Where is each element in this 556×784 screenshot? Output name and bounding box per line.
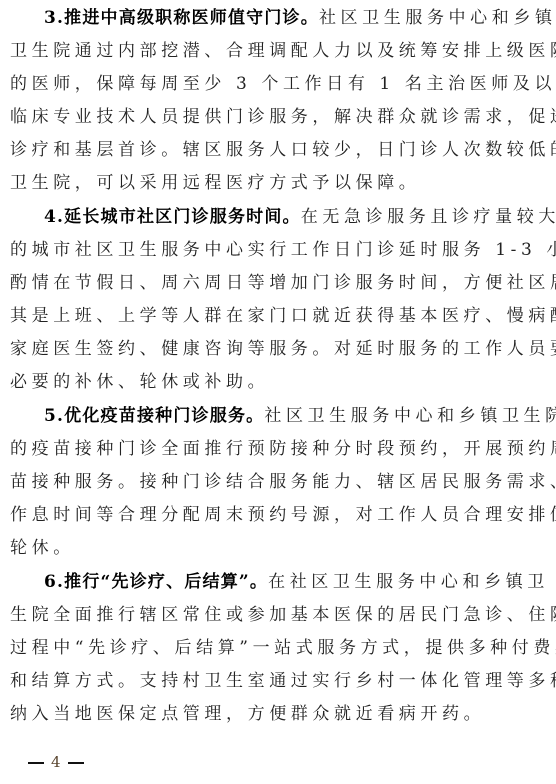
section-5-line-5: 轮休。 (10, 532, 474, 565)
section-6-line-4: 和结算方式。支持村卫生室通过实行乡村一体化管理等多种方式 (10, 665, 474, 698)
section-6-text: 在社区卫生服务中心和乡镇卫 (268, 572, 549, 592)
section-3-heading: 3.推进中高级职称医师值守门诊。 (44, 8, 319, 28)
section-3-line-5: 诊疗和基层首诊。辖区服务人口较少，日门诊人次数较低的乡镇 (10, 134, 474, 167)
section-4-line-3: 酌情在节假日、周六周日等增加门诊服务时间，方便社区居民尤 (10, 267, 474, 300)
section-3-line-6: 卫生院，可以采用远程医疗方式予以保障。 (10, 167, 474, 200)
section-4-heading: 4.延长城市社区门诊服务时间。 (44, 207, 301, 227)
section-6-heading: 6.推行“先诊疗、后结算”。 (44, 572, 268, 592)
section-5-line-3: 苗接种服务。接种门诊结合服务能力、辖区居民服务需求、日常 (10, 466, 474, 499)
page-number-footer: 4 (28, 752, 84, 772)
section-6-line-5: 纳入当地医保定点管理，方便群众就近看病开药。 (10, 698, 474, 731)
section-5-heading: 5.优化疫苗接种门诊服务。 (44, 406, 264, 426)
section-5-line-2: 的疫苗接种门诊全面推行预防接种分时段预约，开展预约周末疫 (10, 433, 474, 466)
section-4-line-2: 的城市社区卫生服务中心实行工作日门诊延时服务 1-3 小时，或 (10, 234, 474, 267)
section-4-text: 在无急诊服务且诊疗量较大 (301, 207, 556, 227)
section-5-text: 社区卫生服务中心和乡镇卫生院 (264, 406, 556, 426)
document-page: 3.推进中高级职称医师值守门诊。社区卫生服务中心和乡镇 卫生院通过内部挖潜、合理… (0, 0, 556, 784)
page-number: 4 (51, 752, 61, 772)
section-4-line-5: 家庭医生签约、健康咨询等服务。对延时服务的工作人员要给予 (10, 333, 474, 366)
dash-right-icon (68, 762, 84, 764)
dash-left-icon (28, 762, 44, 764)
section-6-line-2: 生院全面推行辖区常住或参加基本医保的居民门急诊、住院就医 (10, 599, 474, 632)
section-3-line-4: 临床专业技术人员提供门诊服务，解决群众就诊需求，促进分级 (10, 101, 474, 134)
section-3-line-1: 3.推进中高级职称医师值守门诊。社区卫生服务中心和乡镇 (44, 2, 474, 35)
section-6-line-1: 6.推行“先诊疗、后结算”。在社区卫生服务中心和乡镇卫 (44, 566, 474, 599)
section-5-line-1: 5.优化疫苗接种门诊服务。社区卫生服务中心和乡镇卫生院 (44, 400, 474, 433)
section-6-line-3: 过程中“先诊疗、后结算”一站式服务方式，提供多种付费渠道 (10, 632, 474, 665)
section-3-text: 社区卫生服务中心和乡镇 (319, 8, 556, 28)
section-3-line-3: 的医师，保障每周至少 3 个工作日有 1 名主治医师及以上职称的 (10, 68, 474, 101)
section-3-line-2: 卫生院通过内部挖潜、合理调配人力以及统筹安排上级医院下沉 (10, 35, 474, 68)
section-4-line-4: 其是上班、上学等人群在家门口就近获得基本医疗、慢病配药、 (10, 300, 474, 333)
section-4-line-1: 4.延长城市社区门诊服务时间。在无急诊服务且诊疗量较大 (44, 201, 474, 234)
section-5-line-4: 作息时间等合理分配周末预约号源，对工作人员合理安排值班和 (10, 499, 474, 532)
section-4-line-6: 必要的补休、轮休或补助。 (10, 366, 474, 399)
